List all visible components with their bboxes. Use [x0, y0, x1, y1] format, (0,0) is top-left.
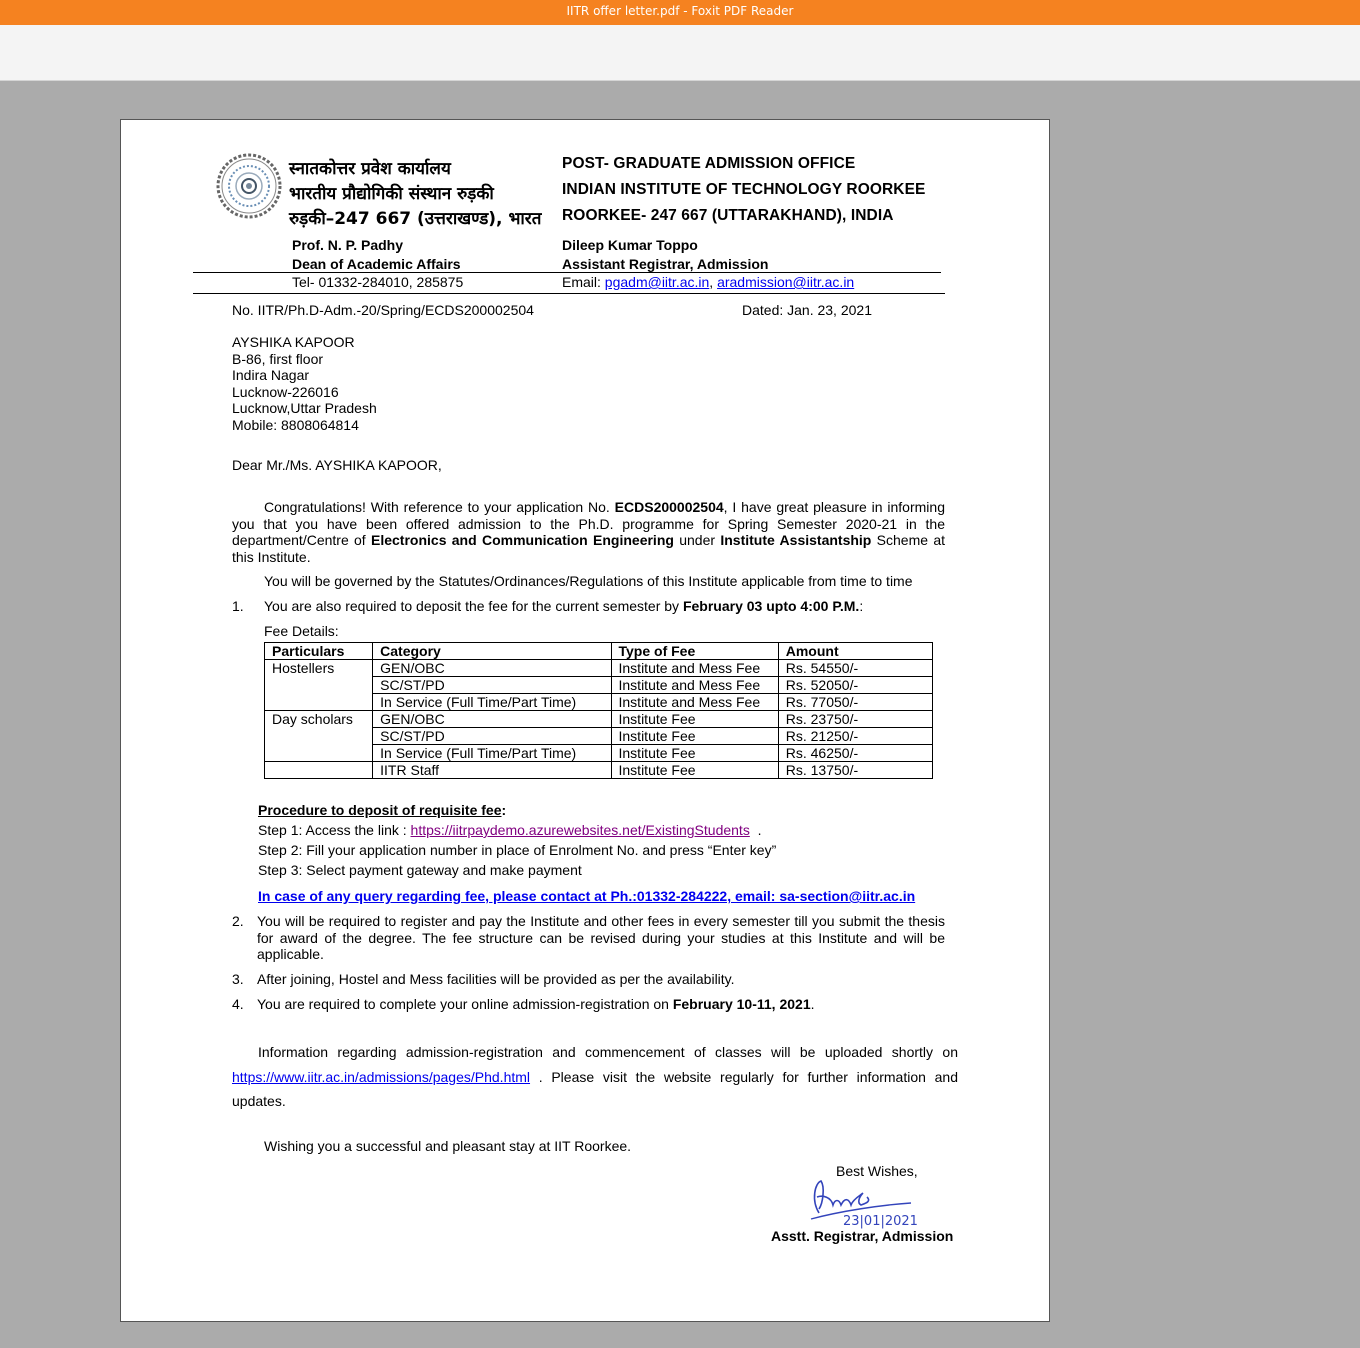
admissions-page-link[interactable]: https://www.iitr.ac.in/admissions/pages/…	[232, 1069, 530, 1085]
column-header: Particulars	[265, 643, 373, 660]
table-cell: Institute Fee	[611, 711, 778, 728]
table-cell: Hostellers	[265, 660, 373, 677]
item-number: 1.	[232, 598, 244, 615]
item-text: You are also required to deposit the fee…	[264, 598, 952, 615]
table-cell: Institute Fee	[611, 728, 778, 745]
column-header: Type of Fee	[611, 643, 778, 660]
table-cell: Institute and Mess Fee	[611, 677, 778, 694]
address-line: Lucknow,Uttar Pradesh	[232, 400, 377, 416]
application-number: ECDS200002504	[615, 499, 724, 515]
fee-details-label: Fee Details:	[264, 623, 339, 639]
table-cell	[265, 745, 373, 762]
address-line: Lucknow-226016	[232, 384, 339, 400]
step1-label: Step 1: Access the link :	[258, 822, 411, 838]
table-cell: Rs. 77050/-	[778, 694, 932, 711]
table-cell: Institute Fee	[611, 745, 778, 762]
table-cell: Rs. 46250/-	[778, 745, 932, 762]
english-heading-line-3: ROORKEE- 247 667 (UTTARAKHAND), INDIA	[562, 207, 894, 225]
dean-telephone: Tel- 01332-284010, 285875	[292, 274, 463, 290]
table-cell: GEN/OBC	[373, 660, 611, 677]
procedure-step-2: Step 2: Fill your application number in …	[258, 842, 776, 858]
header-rule-1	[193, 272, 941, 273]
fee-query-link[interactable]: In case of any query regarding fee, plea…	[258, 888, 915, 904]
signature-icon: 23|01|2021	[801, 1175, 931, 1230]
table-row: IITR Staff Institute Fee Rs. 13750/-	[265, 762, 933, 779]
item1-text: You are also required to deposit the fee…	[264, 598, 683, 614]
table-cell: Rs. 23750/-	[778, 711, 932, 728]
congrats-text: under	[674, 532, 720, 548]
english-heading-line-1: POST- GRADUATE ADMISSION OFFICE	[562, 155, 855, 173]
procedure-heading-text: Procedure to deposit of requisite fee	[258, 802, 502, 818]
hindi-heading-line-2: भारतीय प्रौद्योगिकी संस्थान रुड़की	[289, 181, 494, 204]
column-header: Amount	[778, 643, 932, 660]
item-text: After joining, Hostel and Mess facilitie…	[257, 971, 945, 988]
fee-table: Particulars Category Type of Fee Amount …	[264, 642, 933, 779]
step1-end: .	[750, 822, 762, 838]
procedure-heading: Procedure to deposit of requisite fee:	[258, 802, 506, 818]
table-cell: In Service (Full Time/Part Time)	[373, 745, 611, 762]
address-line: B-86, first floor	[232, 351, 323, 367]
table-cell: Institute and Mess Fee	[611, 660, 778, 677]
info-text: Information regarding admission-registra…	[258, 1044, 958, 1060]
table-cell: Institute and Mess Fee	[611, 694, 778, 711]
table-cell: GEN/OBC	[373, 711, 611, 728]
item4-end: .	[811, 996, 815, 1012]
fee-query-contact: In case of any query regarding fee, plea…	[258, 888, 915, 904]
header-rule-2	[193, 293, 945, 294]
address-line: Indira Nagar	[232, 367, 309, 383]
english-heading-line-2: INDIAN INSTITUTE OF TECHNOLOGY ROORKEE	[562, 181, 925, 199]
table-cell: IITR Staff	[373, 762, 611, 779]
table-cell: Rs. 13750/-	[778, 762, 932, 779]
window-title-bar: IITR offer letter.pdf - Foxit PDF Reader	[0, 0, 1360, 25]
table-cell	[265, 728, 373, 745]
department-name: Electronics and Communication Engineerin…	[371, 532, 674, 548]
item-number: 4.	[232, 996, 244, 1013]
letter-date: Dated: Jan. 23, 2021	[742, 302, 872, 318]
table-cell: Rs. 21250/-	[778, 728, 932, 745]
dean-name: Prof. N. P. Padhy	[292, 237, 403, 253]
table-cell	[265, 677, 373, 694]
item-number: 3.	[232, 971, 244, 988]
scheme-name: Institute Assistantship	[720, 532, 871, 548]
table-cell: SC/ST/PD	[373, 728, 611, 745]
email-label: Email:	[562, 274, 605, 290]
registrar-name: Dileep Kumar Toppo	[562, 237, 698, 253]
registrar-email-line: Email: pgadm@iitr.ac.in, aradmission@iit…	[562, 274, 854, 290]
item-text: You will be required to register and pay…	[257, 913, 945, 963]
procedure-heading-colon: :	[502, 802, 507, 818]
congrats-text: Congratulations! With reference to your …	[264, 499, 615, 515]
table-row: SC/ST/PD Institute and Mess Fee Rs. 5205…	[265, 677, 933, 694]
address-line: AYSHIKA KAPOOR	[232, 334, 355, 350]
reference-number: No. IITR/Ph.D-Adm.-20/Spring/ECDS2000025…	[232, 302, 534, 318]
procedure-step-3: Step 3: Select payment gateway and make …	[258, 862, 582, 878]
item-text: You are required to complete your online…	[257, 996, 945, 1013]
governed-statement: You will be governed by the Statutes/Ord…	[264, 573, 913, 589]
pdf-page: स्नातकोत्तर प्रवेश कार्यालय भारतीय प्रौद…	[120, 119, 1050, 1322]
column-header: Category	[373, 643, 611, 660]
item-number: 2.	[232, 913, 244, 930]
salutation: Dear Mr./Ms. AYSHIKA KAPOOR,	[232, 457, 442, 473]
table-row: Hostellers GEN/OBC Institute and Mess Fe…	[265, 660, 933, 677]
table-row: In Service (Full Time/Part Time) Institu…	[265, 745, 933, 762]
window-title: IITR offer letter.pdf - Foxit PDF Reader	[567, 4, 794, 18]
signature-date: 23|01|2021	[843, 1214, 918, 1229]
dean-designation: Dean of Academic Affairs	[292, 256, 461, 272]
table-cell: Day scholars	[265, 711, 373, 728]
table-cell: In Service (Full Time/Part Time)	[373, 694, 611, 711]
table-cell: Institute Fee	[611, 762, 778, 779]
table-cell: SC/ST/PD	[373, 677, 611, 694]
email-separator: ,	[709, 274, 717, 290]
item4-text: You are required to complete your online…	[257, 996, 673, 1012]
address-line: Mobile: 8808064814	[232, 417, 359, 433]
hindi-heading-line-3: रुड़की–247 667 (उत्तराखण्ड), भारत	[289, 206, 541, 229]
table-header-row: Particulars Category Type of Fee Amount	[265, 643, 933, 660]
signatory-designation: Asstt. Registrar, Admission	[771, 1228, 953, 1244]
registration-dates: February 10-11, 2021	[673, 996, 811, 1012]
pgadm-email-link[interactable]: pgadm@iitr.ac.in	[605, 274, 709, 290]
table-row: In Service (Full Time/Part Time) Institu…	[265, 694, 933, 711]
table-cell	[265, 694, 373, 711]
table-row: Day scholars GEN/OBC Institute Fee Rs. 2…	[265, 711, 933, 728]
iitr-logo-icon	[216, 153, 282, 219]
table-cell	[265, 762, 373, 779]
hindi-heading-line-1: स्नातकोत्तर प्रवेश कार्यालय	[289, 156, 451, 179]
table-row: SC/ST/PD Institute Fee Rs. 21250/-	[265, 728, 933, 745]
table-cell: Rs. 54550/-	[778, 660, 932, 677]
registrar-designation: Assistant Registrar, Admission	[562, 256, 768, 272]
item1-end: :	[859, 598, 863, 614]
closing-wish: Wishing you a successful and pleasant st…	[264, 1138, 631, 1154]
table-cell: Rs. 52050/-	[778, 677, 932, 694]
toolbar	[0, 25, 1360, 81]
payment-portal-link[interactable]: https://iitrpaydemo.azurewebsites.net/Ex…	[411, 822, 750, 838]
aradmission-email-link[interactable]: aradmission@iitr.ac.in	[717, 274, 854, 290]
fee-deadline: February 03 upto 4:00 P.M.	[683, 598, 859, 614]
info-paragraph: Information regarding admission-registra…	[232, 1040, 958, 1114]
procedure-step-1: Step 1: Access the link : https://iitrpa…	[258, 822, 762, 838]
congratulations-paragraph: Congratulations! With reference to your …	[232, 499, 945, 565]
